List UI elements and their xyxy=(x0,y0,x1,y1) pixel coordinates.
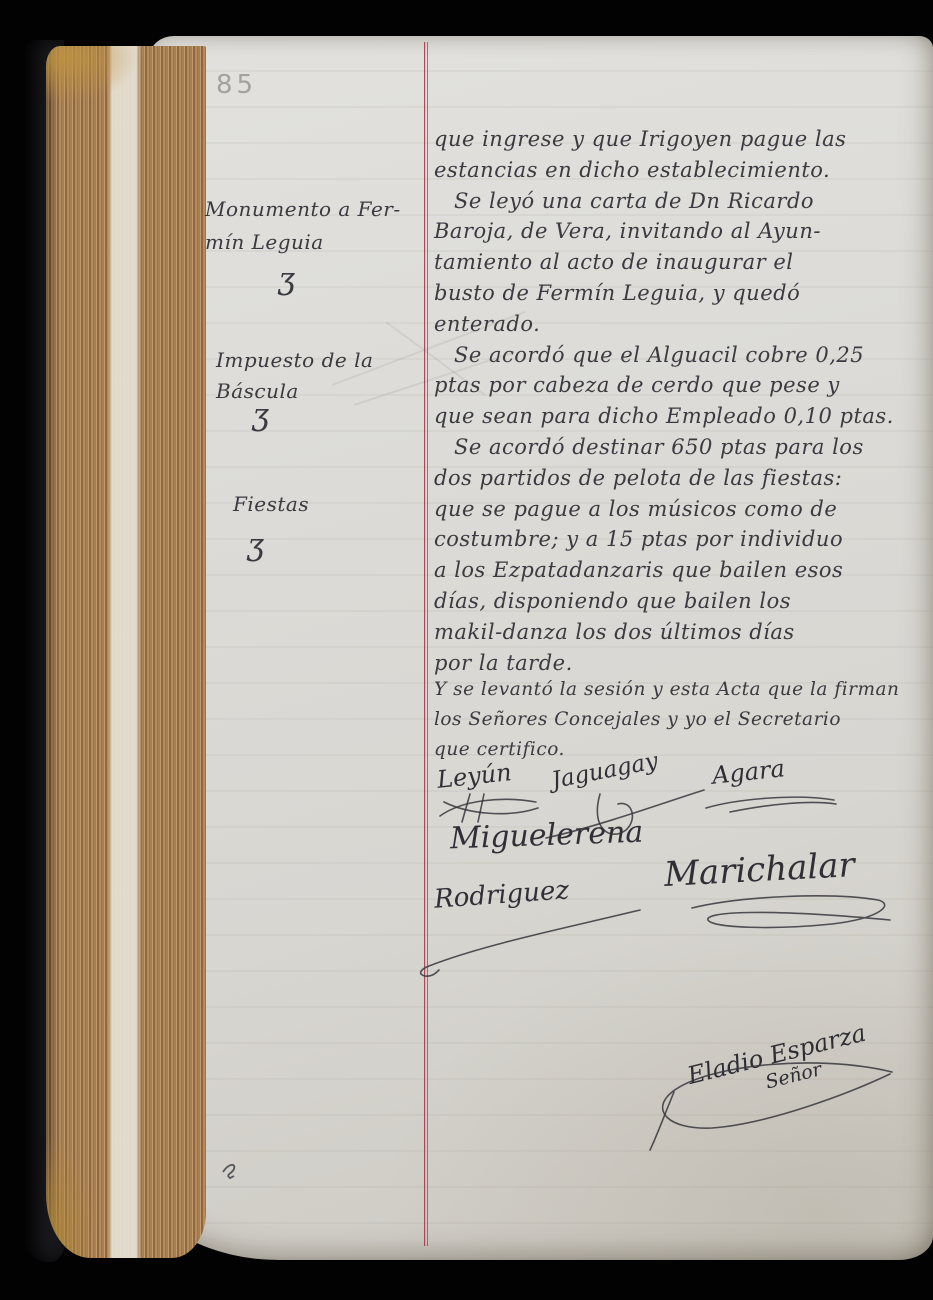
margin-note-flourish-mark: ʒ xyxy=(247,528,264,563)
handwritten-line: que certifico. xyxy=(434,739,565,760)
handwritten-line: makil-danza los dos últimos días xyxy=(434,620,795,644)
faint-pencil-scribble xyxy=(320,290,550,430)
handwritten-line: los Señores Concejales y yo el Secretari… xyxy=(434,709,841,730)
handwritten-line: que ingrese y que Irigoyen pague las xyxy=(434,127,846,151)
handwritten-line: dos partidos de pelota de las fiestas: xyxy=(434,466,842,490)
page-number: 85 xyxy=(216,70,257,100)
signature: Miguelerena xyxy=(449,815,643,857)
handwritten-line: Se leyó una carta de Dn Ricardo xyxy=(454,189,814,213)
handwritten-line: días, disponiendo que bailen los xyxy=(434,589,791,613)
margin-note-flourish-mark: ʒ xyxy=(252,398,269,433)
stacked-page-edges xyxy=(46,46,206,1258)
signature-flourish xyxy=(700,788,840,818)
photograph-of-minute-book: 85 Monumento a Fer-mín LeguiaʒImpuesto d… xyxy=(0,0,933,1300)
margin-note-flourish-mark: ʒ xyxy=(278,262,295,297)
handwritten-line: a los Ezpatadanzaris que bailen esos xyxy=(434,558,843,582)
handwritten-line: Se acordó destinar 650 ptas para los xyxy=(454,435,864,459)
margin-note-line: mín Leguia xyxy=(205,230,324,254)
margin-note-line: Monumento a Fer- xyxy=(205,197,401,221)
signature-flourish xyxy=(415,904,645,982)
handwritten-line: tamiento al acto de inaugurar el xyxy=(434,250,793,274)
handwritten-line: Y se levantó la sesión y esta Acta que l… xyxy=(434,679,899,700)
secretary-signature-flourish xyxy=(648,1058,898,1153)
red-margin-rule xyxy=(424,42,428,1246)
handwritten-line: que se pague a los músicos como de xyxy=(434,497,837,521)
handwritten-line: costumbre; y a 15 ptas por individuo xyxy=(434,527,843,551)
handwritten-line: por la tarde. xyxy=(434,651,573,675)
margin-note-line: Fiestas xyxy=(233,492,309,516)
signature-flourish xyxy=(682,890,897,950)
handwritten-line: estancias en dicho establecimiento. xyxy=(434,158,830,182)
ink-smudge-mark xyxy=(220,1160,246,1182)
handwritten-line: Baroja, de Vera, invitando al Ayun- xyxy=(434,219,821,243)
